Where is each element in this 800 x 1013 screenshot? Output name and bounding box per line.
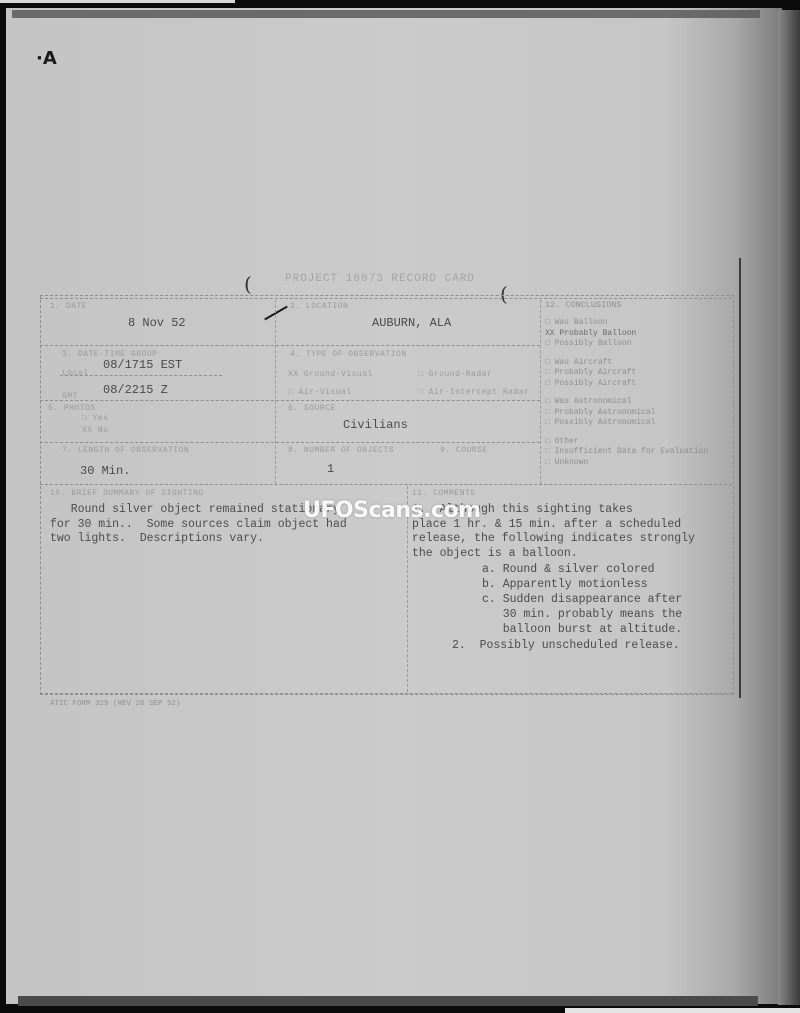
divider [40,400,540,401]
photos-label: 5. PHOTOS [48,404,96,413]
scan-edge-bottom [565,1008,800,1013]
divider [40,298,732,299]
length-label: 7. LENGTH OF OBSERVATION [62,446,189,455]
observation-type-label: 4. TYPE OF OBSERVATION [290,350,407,359]
photos-option-yes: □ Yes [82,414,109,423]
scan-edge-top [0,0,235,3]
comments-item: c. Sudden disappearance after [482,593,682,608]
conclusion-option: □ Probably Astronomical [545,408,735,419]
watermark: UFOScans.com [303,498,481,523]
divider [40,442,540,443]
comments-item: balloon burst at altitude. [482,623,682,638]
conclusion-option: □ Was Aircraft [545,358,735,369]
conclusion-option: □ Other [545,437,735,448]
conclusion-option: □ Was Astronomical [545,397,735,408]
scan-shadow-bottom [18,996,758,1006]
comments-item: 30 min. probably means the [482,608,682,623]
source-label: 6. SOURCE [288,404,336,413]
comments-label: 11. COMMENTS [412,489,476,498]
source-value: Civilians [343,418,408,432]
scan-shadow-top [12,10,760,18]
form-number: ATIC FORM 329 (REV 26 SEP 52) [50,700,181,708]
num-objects-value: 1 [327,462,334,476]
card-right-border [739,258,741,698]
conclusion-option: □ Was Balloon [545,318,735,329]
comments-item-2: 2. Possibly unscheduled release. [452,639,680,654]
summary-label: 10. BRIEF SUMMARY OF SIGHTING [50,489,204,498]
conclusion-option-checked: XX Probably Balloon [545,329,735,340]
datetime-gmt-value: 08/2215 Z [103,383,168,397]
column-divider [540,300,541,484]
comments-item: a. Round & silver colored [482,563,655,578]
scan-shadow-right [778,10,800,1005]
divider [40,484,732,485]
observation-option: XX Ground-Visual [288,370,373,379]
observation-option: □ Ground-Radar [418,370,492,379]
location-value: AUBURN, ALA [372,316,451,330]
conclusion-option: □ Possibly Astronomical [545,418,735,429]
conclusions-panel: 12. CONCLUSIONS □ Was Balloon XX Probabl… [545,300,735,476]
paren-mark: ( [244,272,252,296]
comments-item: b. Apparently motionless [482,578,648,593]
num-objects-label: 8. NUMBER OF OBJECTS [288,446,394,455]
corner-handwritten-mark: ·A [36,48,57,69]
observation-option: □ Air-Visual [288,388,352,397]
conclusion-option: □ Possibly Aircraft [545,379,735,390]
conclusion-option: □ Possibly Balloon [545,339,735,350]
datetime-local-value: 08/1715 EST [103,358,182,372]
column-divider [275,300,276,484]
course-label: 9. COURSE [440,446,488,455]
divider [40,345,540,346]
length-value: 30 Min. [80,464,130,478]
location-label: 2. LOCATION [290,302,348,311]
conclusions-label: 12. CONCLUSIONS [545,300,735,310]
conclusion-option: □ Probably Aircraft [545,368,735,379]
divider [40,693,732,694]
conclusion-option: □ Insufficient Data for Evaluation [545,447,735,458]
photos-option-no: XX No [82,426,109,435]
date-value: 8 Nov 52 [128,316,186,330]
observation-option: □ Air-Intercept Radar [418,388,529,397]
date-label: 1. DATE [50,302,87,311]
conclusion-option: □ Unknown [545,458,735,469]
card-title: PROJECT 10073 RECORD CARD [285,273,475,285]
